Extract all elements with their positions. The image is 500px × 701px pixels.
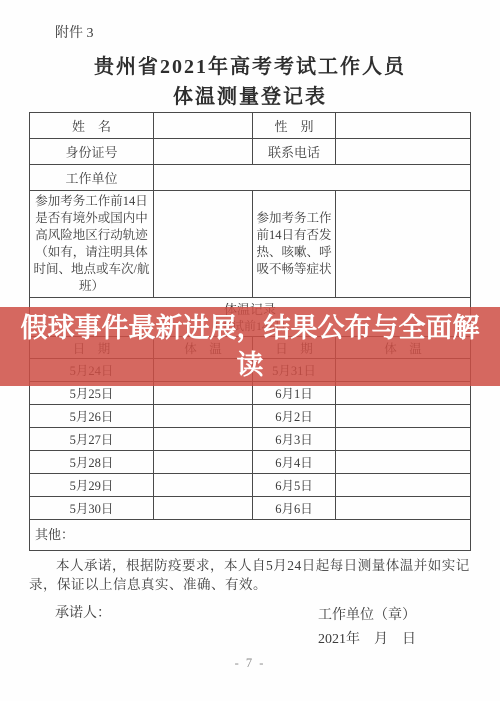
date-cell-right: 6月3日 [253,428,336,451]
temp-cell-right [336,405,471,428]
symptom-question-label: 参加考务工作前14日有否发热、咳嗽、呼吸不畅等症状 [253,191,336,298]
other-label: 其他： [30,520,471,551]
document-title-line1: 贵州省2021年高考考试工作人员 [0,52,500,82]
date-cell-right: 6月6日 [253,497,336,520]
name-value-cell [154,113,253,139]
page-number: - 7 - [0,656,500,671]
temp-cell-right [336,428,471,451]
id-label: 身份证号 [30,139,154,165]
date-cell-right: 6月2日 [253,405,336,428]
news-headline-text: 假球事件最新进展，结果公布与全面解读 [18,310,482,384]
travel-answer-cell [154,191,253,298]
promisor-label: 承诺人： [55,604,111,624]
date-cell-right: 6月5日 [253,474,336,497]
gender-value-cell [336,113,471,139]
travel-question-label: 参加考务工作前14日是否有境外或国内中高风险地区行动轨迹（如有，请注明具体时间、… [30,191,154,298]
temp-cell-left [154,451,253,474]
name-label: 姓 名 [30,113,154,139]
table-row: 姓 名 性 别 [30,113,471,139]
temp-cell-left [154,474,253,497]
date-cell-left: 5月26日 [30,405,154,428]
work-unit-value-cell [154,165,471,191]
temp-row: 5月30日 6月6日 [30,497,471,520]
work-unit-label: 工作单位 [30,165,154,191]
signature-date-line: 2021年 月 日 [318,628,416,652]
temp-cell-left [154,405,253,428]
phone-value-cell [336,139,471,165]
unit-seal-label: 工作单位（章） [318,604,416,628]
document-title-line2: 体温测量登记表 [0,82,500,112]
symptom-answer-cell [336,191,471,298]
table-row: 参加考务工作前14日是否有境外或国内中高风险地区行动轨迹（如有，请注明具体时间、… [30,191,471,298]
temp-cell-right [336,474,471,497]
date-cell-left: 5月27日 [30,428,154,451]
attachment-label: 附件 3 [55,22,94,42]
declaration-text: 本人承诺，根据防疫要求，本人自5月24日起每日测量体温并如实记录，保证以上信息真… [29,556,471,594]
unit-seal-block: 工作单位（章） 2021年 月 日 [318,604,416,652]
date-cell-left: 5月30日 [30,497,154,520]
document-page: 附件 3 贵州省2021年高考考试工作人员 体温测量登记表 姓 名 性 别 身份… [0,0,500,701]
temp-cell-left [154,428,253,451]
news-headline-overlay: 假球事件最新进展，结果公布与全面解读 [0,307,500,386]
table-row: 身份证号 联系电话 [30,139,471,165]
date-cell-left: 5月28日 [30,451,154,474]
signature-section: 承诺人： 工作单位（章） 2021年 月 日 [29,604,471,652]
temp-row: 5月26日 6月2日 [30,405,471,428]
temp-row: 5月27日 6月3日 [30,428,471,451]
table-row: 工作单位 [30,165,471,191]
temp-row: 5月28日 6月4日 [30,451,471,474]
temp-row: 5月29日 6月5日 [30,474,471,497]
temp-cell-right [336,451,471,474]
date-cell-right: 6月4日 [253,451,336,474]
date-cell-left: 5月29日 [30,474,154,497]
gender-label: 性 别 [253,113,336,139]
table-row: 其他： [30,520,471,551]
phone-label: 联系电话 [253,139,336,165]
document-title: 贵州省2021年高考考试工作人员 体温测量登记表 [0,52,500,112]
temp-cell-right [336,497,471,520]
temp-cell-left [154,497,253,520]
id-value-cell [154,139,253,165]
